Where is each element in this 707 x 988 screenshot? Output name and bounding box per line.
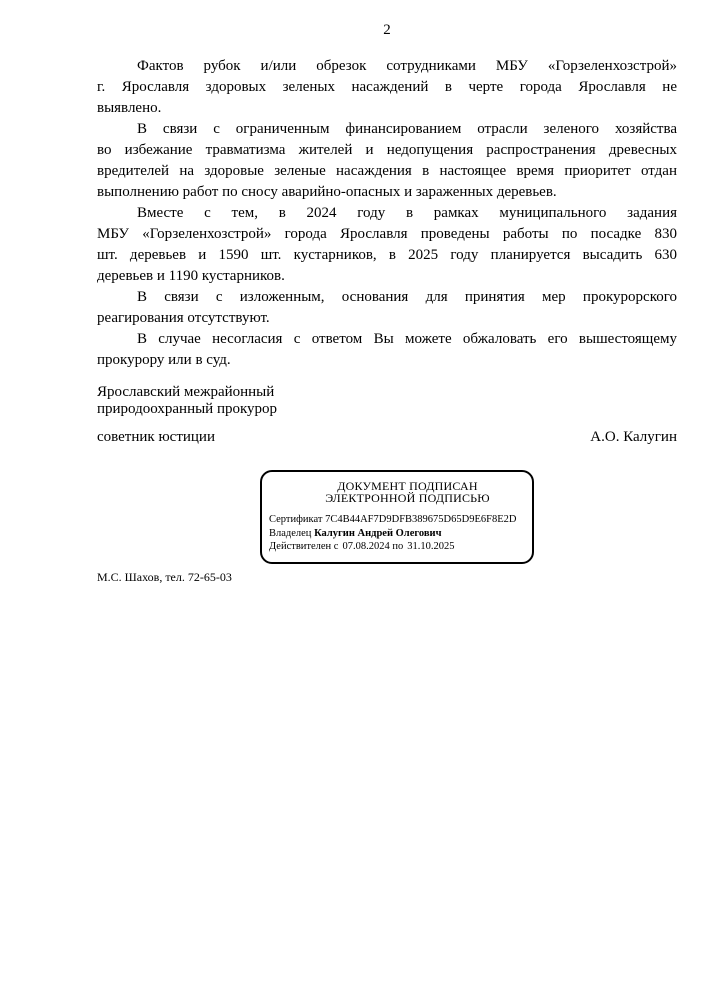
text-line: вредителей на здоровые зеленые насаждени… [97,161,677,182]
text-line: выявлено. [97,98,677,119]
text-line: выполнению работ по сносу аварийно-опасн… [97,182,677,203]
validity-from-date: 07.08.2024 [342,541,389,552]
validity-to-date: 31.10.2025 [407,541,454,552]
signer-rank: советник юстиции [97,427,215,448]
stamp-details: Сертификат 7C4B44AF7D9DFB389675D65D9E6F8… [269,513,526,554]
certificate-label: Сертификат [269,514,322,525]
paragraph-2: В связи с ограниченным финансированием о… [97,119,677,203]
document-page: 2 Фактов рубок и/или обрезок сотрудникам… [0,0,707,988]
stamp-title-line-2: ЭЛЕКТРОННОЙ ПОДПИСЬЮ [289,492,526,504]
text-line: деревьев и 1190 кустарников. [97,266,677,287]
executor-contact: М.С. Шахов, тел. 72-65-03 [97,569,677,585]
validity-preposition: по [392,541,403,552]
owner-label: Владелец [269,528,311,539]
signer-position-line-2: природоохранный прокурор [97,401,677,418]
owner-row: Владелец Калугин Андрей Олегович [269,527,526,541]
text-line: реагирования отсутствуют. [97,308,677,329]
validity-row: Действителен с07.08.2024 по31.10.2025 [269,540,526,554]
certificate-value: 7C4B44AF7D9DFB389675D65D9E6F8E2D [325,514,516,525]
text-line: Вместе с тем, в 2024 году в рамках муниц… [97,203,677,224]
text-line: прокурору или в суд. [97,350,677,371]
signer-rank-row: советник юстиции А.О. Калугин [97,427,677,448]
text-line: г. Ярославля здоровых зеленых насаждений… [97,77,677,98]
text-line: В связи с изложенным, основания для прин… [97,287,677,308]
text-line: В связи с ограниченным финансированием о… [97,119,677,140]
paragraph-3: Вместе с тем, в 2024 году в рамках муниц… [97,203,677,287]
paragraph-1: Фактов рубок и/или обрезок сотрудниками … [97,56,677,119]
page-number: 2 [97,20,677,41]
validity-label: Действителен с [269,541,338,552]
text-line: шт. деревьев и 1590 шт. кустарников, в 2… [97,245,677,266]
text-line: во избежание травматизма жителей и недоп… [97,140,677,161]
text-line: Фактов рубок и/или обрезок сотрудниками … [97,56,677,77]
signer-name: А.О. Калугин [590,427,677,448]
text-line: МБУ «Горзеленхозстрой» города Ярославля … [97,224,677,245]
signer-position: Ярославский межрайонный природоохранный … [97,384,677,418]
paragraph-5: В случае несогласия с ответом Вы можете … [97,329,677,371]
electronic-signature-stamp: ДОКУМЕНТ ПОДПИСАН ЭЛЕКТРОННОЙ ПОДПИСЬЮ С… [260,470,534,564]
stamp-title: ДОКУМЕНТ ПОДПИСАН ЭЛЕКТРОННОЙ ПОДПИСЬЮ [269,480,526,504]
text-line: В случае несогласия с ответом Вы можете … [97,329,677,350]
certificate-row: Сертификат 7C4B44AF7D9DFB389675D65D9E6F8… [269,513,526,527]
document-body: Фактов рубок и/или обрезок сотрудниками … [97,56,677,371]
signer-position-line-1: Ярославский межрайонный [97,384,677,401]
owner-name: Калугин Андрей Олегович [314,528,441,539]
signature-block: Ярославский межрайонный природоохранный … [97,384,677,448]
paragraph-4: В связи с изложенным, основания для прин… [97,287,677,329]
page-content: 2 Фактов рубок и/или обрезок сотрудникам… [97,0,677,585]
